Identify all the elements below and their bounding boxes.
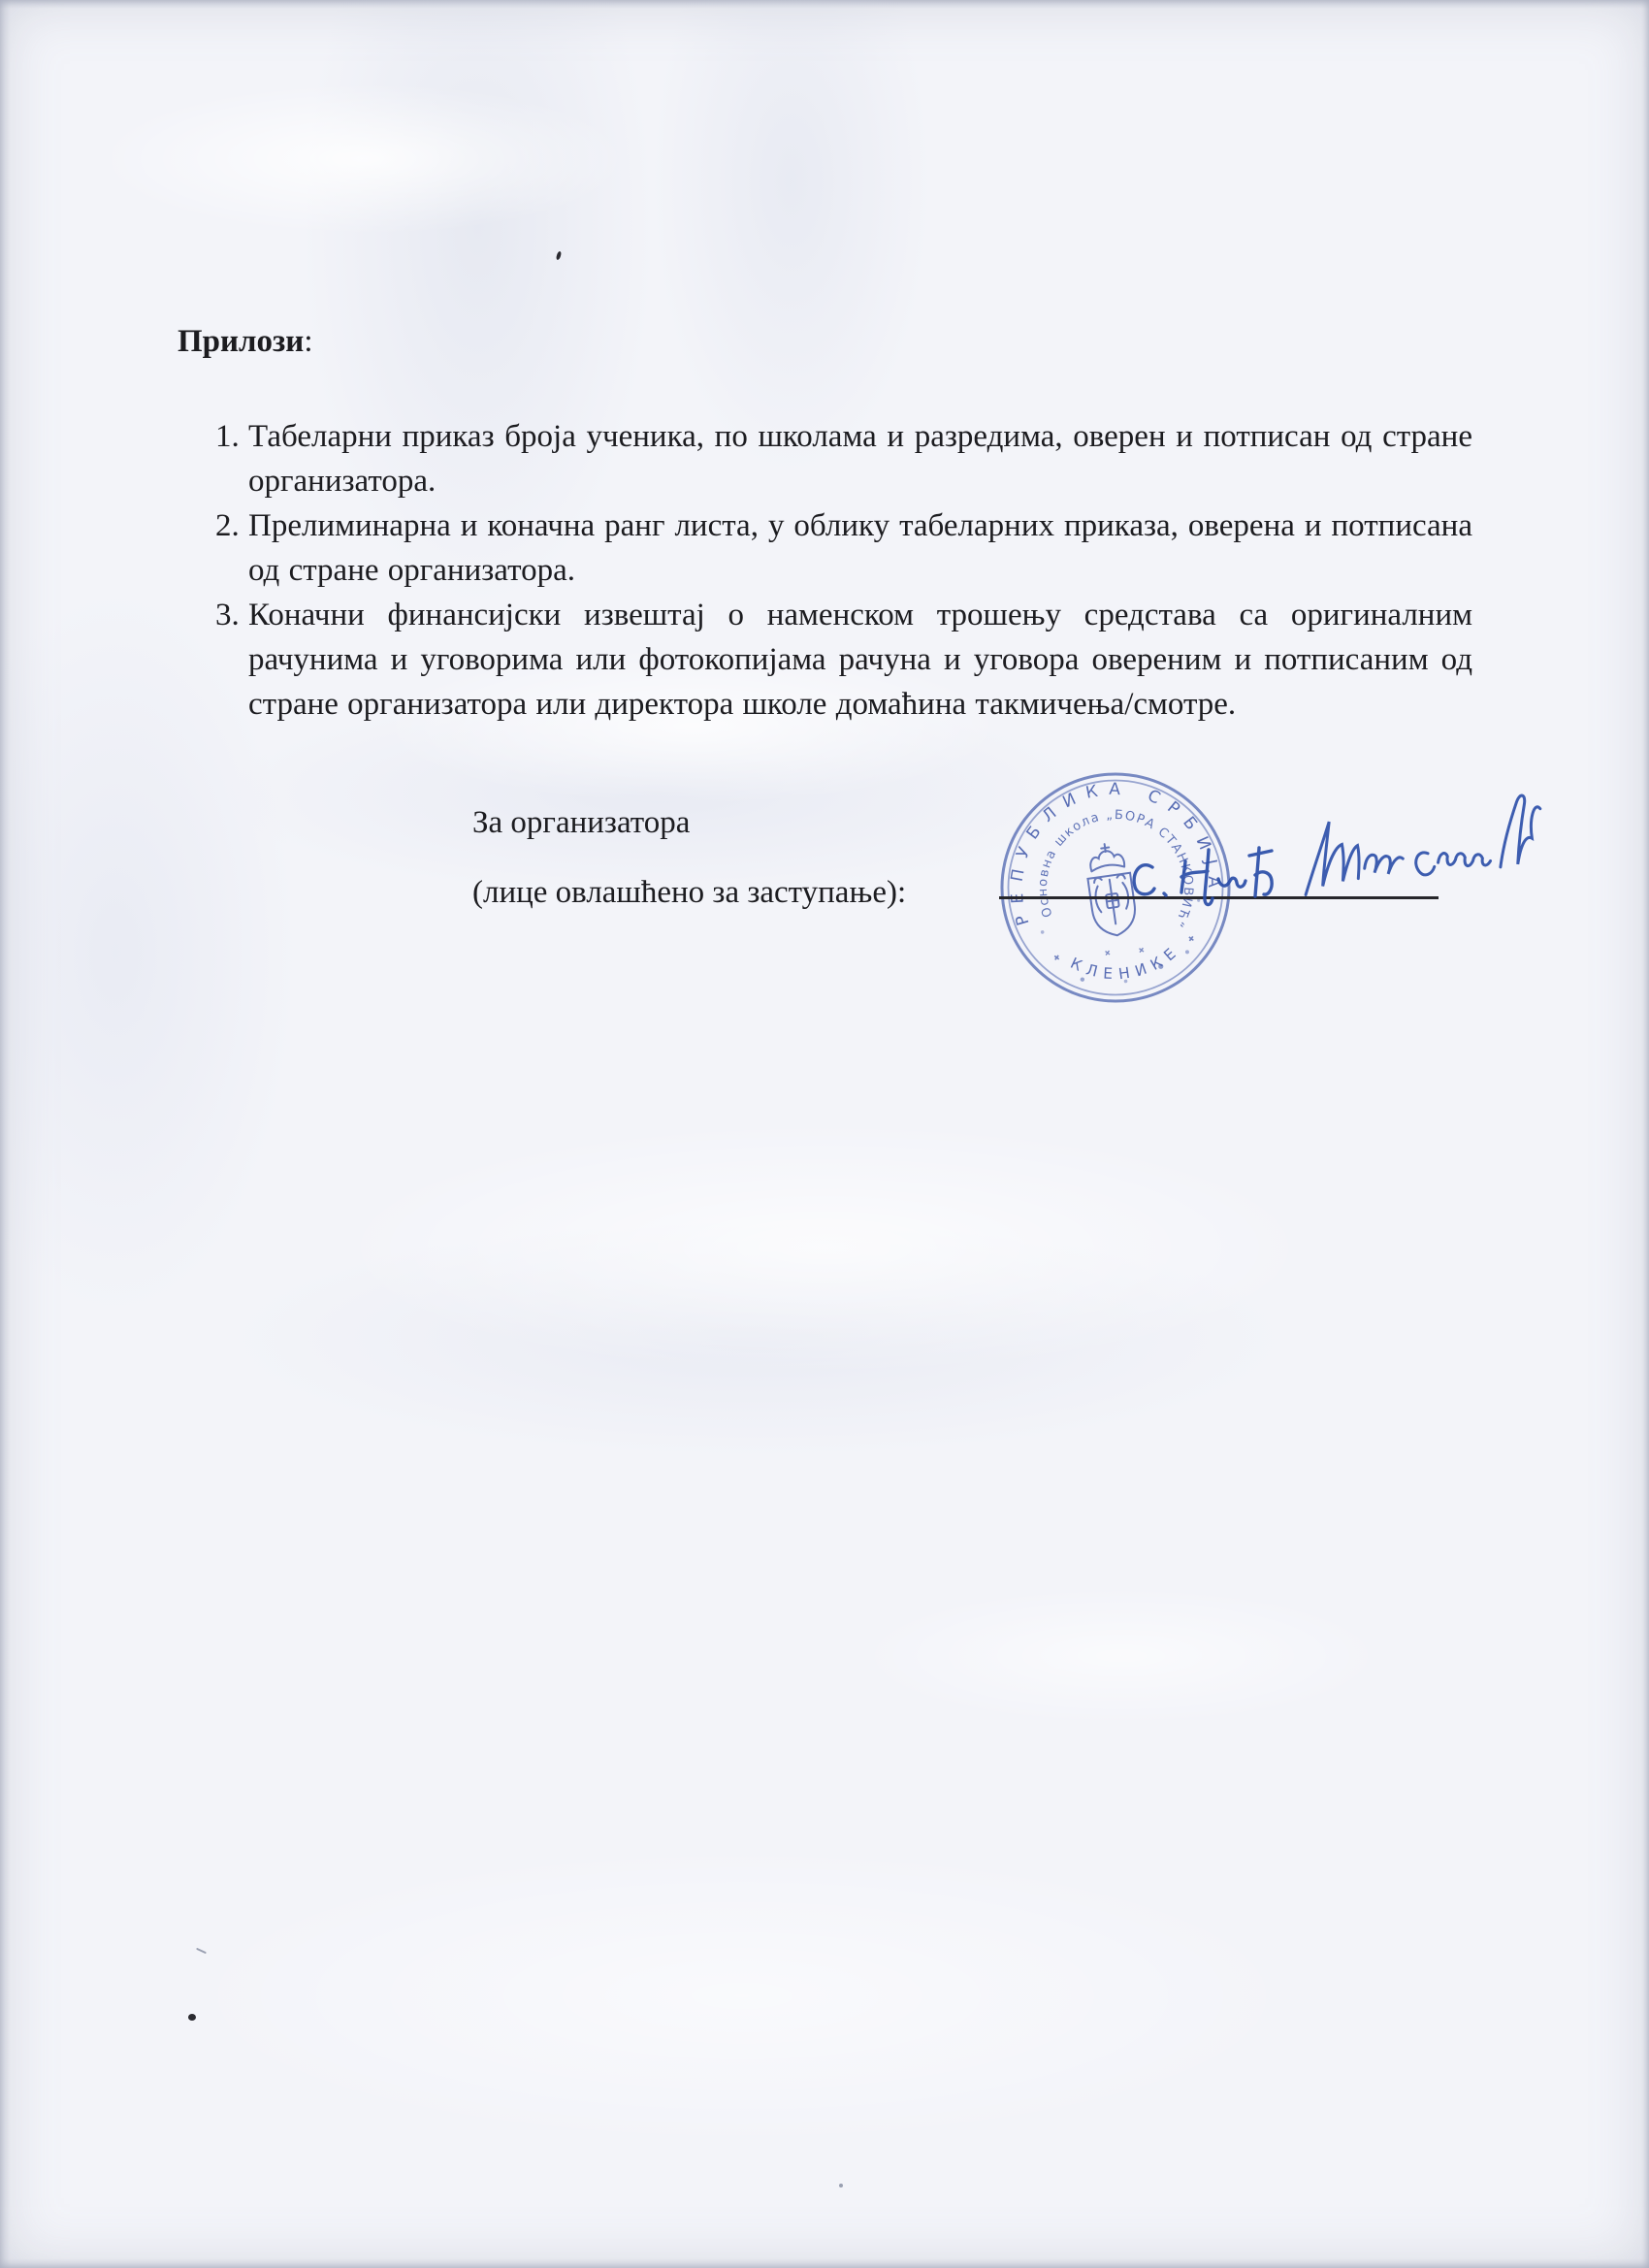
handwritten-signature-director xyxy=(1295,787,1553,918)
attachments-heading-colon: : xyxy=(304,324,312,359)
scanned-document-page: Прилози: 1. Табеларни приказ броја учени… xyxy=(0,0,1649,2268)
list-item: 3. Коначни финансијски извештај о наменс… xyxy=(215,593,1472,727)
ink-speck xyxy=(839,2184,843,2187)
attachments-heading: Прилози: xyxy=(178,319,313,364)
list-item: 2. Прелиминарна и коначна ранг листа, у … xyxy=(215,503,1472,593)
list-item-number: 1. xyxy=(215,414,248,503)
list-item: 1. Табеларни приказ броја ученика, по шк… xyxy=(215,414,1472,503)
authorized-person-label: (лице овлашћено за заступање): xyxy=(472,871,906,914)
handwritten-signature-on-stamp xyxy=(1123,840,1288,927)
ink-speck xyxy=(556,251,563,261)
list-item-text: Прелиминарна и коначна ранг листа, у обл… xyxy=(248,503,1472,593)
list-item-text: Табеларни приказ броја ученика, по школа… xyxy=(248,414,1472,503)
ink-speck xyxy=(196,1948,207,1954)
for-organizer-caption: За организатора xyxy=(472,801,690,844)
attachments-list: 1. Табеларни приказ броја ученика, по шк… xyxy=(215,414,1472,727)
ink-speck xyxy=(188,2014,196,2021)
list-item-text: Коначни финансијски извештај о наменском… xyxy=(248,593,1472,727)
attachments-heading-word: Прилози xyxy=(178,324,304,359)
list-item-number: 3. xyxy=(215,593,248,727)
list-item-number: 2. xyxy=(215,503,248,593)
